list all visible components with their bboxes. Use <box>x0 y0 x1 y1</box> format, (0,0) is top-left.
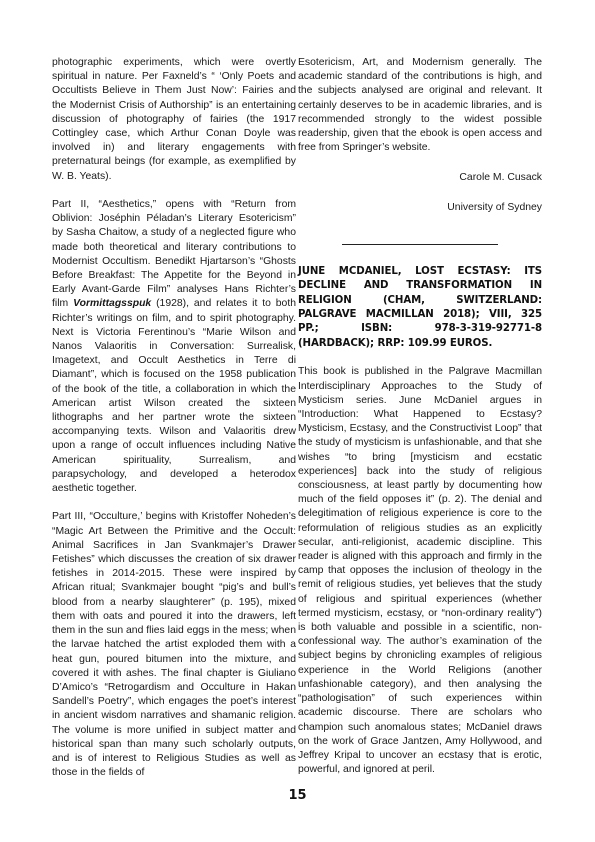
right-column: Esotericism, Art, and Modernism generall… <box>298 56 542 792</box>
left-column: photographic experiments, which were ove… <box>52 56 296 795</box>
body-paragraph: This book is published in the Palgrave M… <box>298 365 542 777</box>
body-paragraph: Part II, “Aesthetics,” opens with “Retur… <box>52 198 296 496</box>
body-paragraph: Esotericism, Art, and Modernism generall… <box>298 56 542 155</box>
reviewer-name: Carole M. Cusack <box>298 170 542 186</box>
reviewer-affiliation: University of Sydney <box>298 200 542 216</box>
body-paragraph: Part III, “Occulture,’ begins with Krist… <box>52 510 296 780</box>
paragraph-text: (1928), and relates it to both Richter’s… <box>52 298 296 494</box>
section-divider <box>342 244 498 245</box>
review-heading: June McDaniel, Lost Ecstasy: Its Decline… <box>298 265 542 351</box>
body-paragraph: photographic experiments, which were ove… <box>52 56 296 184</box>
paragraph-text: Part II, “Aesthetics,” opens with “Retur… <box>52 199 296 309</box>
film-title: Vormittagsspuk <box>73 298 151 309</box>
document-page: photographic experiments, which were ove… <box>0 0 595 842</box>
page-number: 15 <box>0 788 595 803</box>
